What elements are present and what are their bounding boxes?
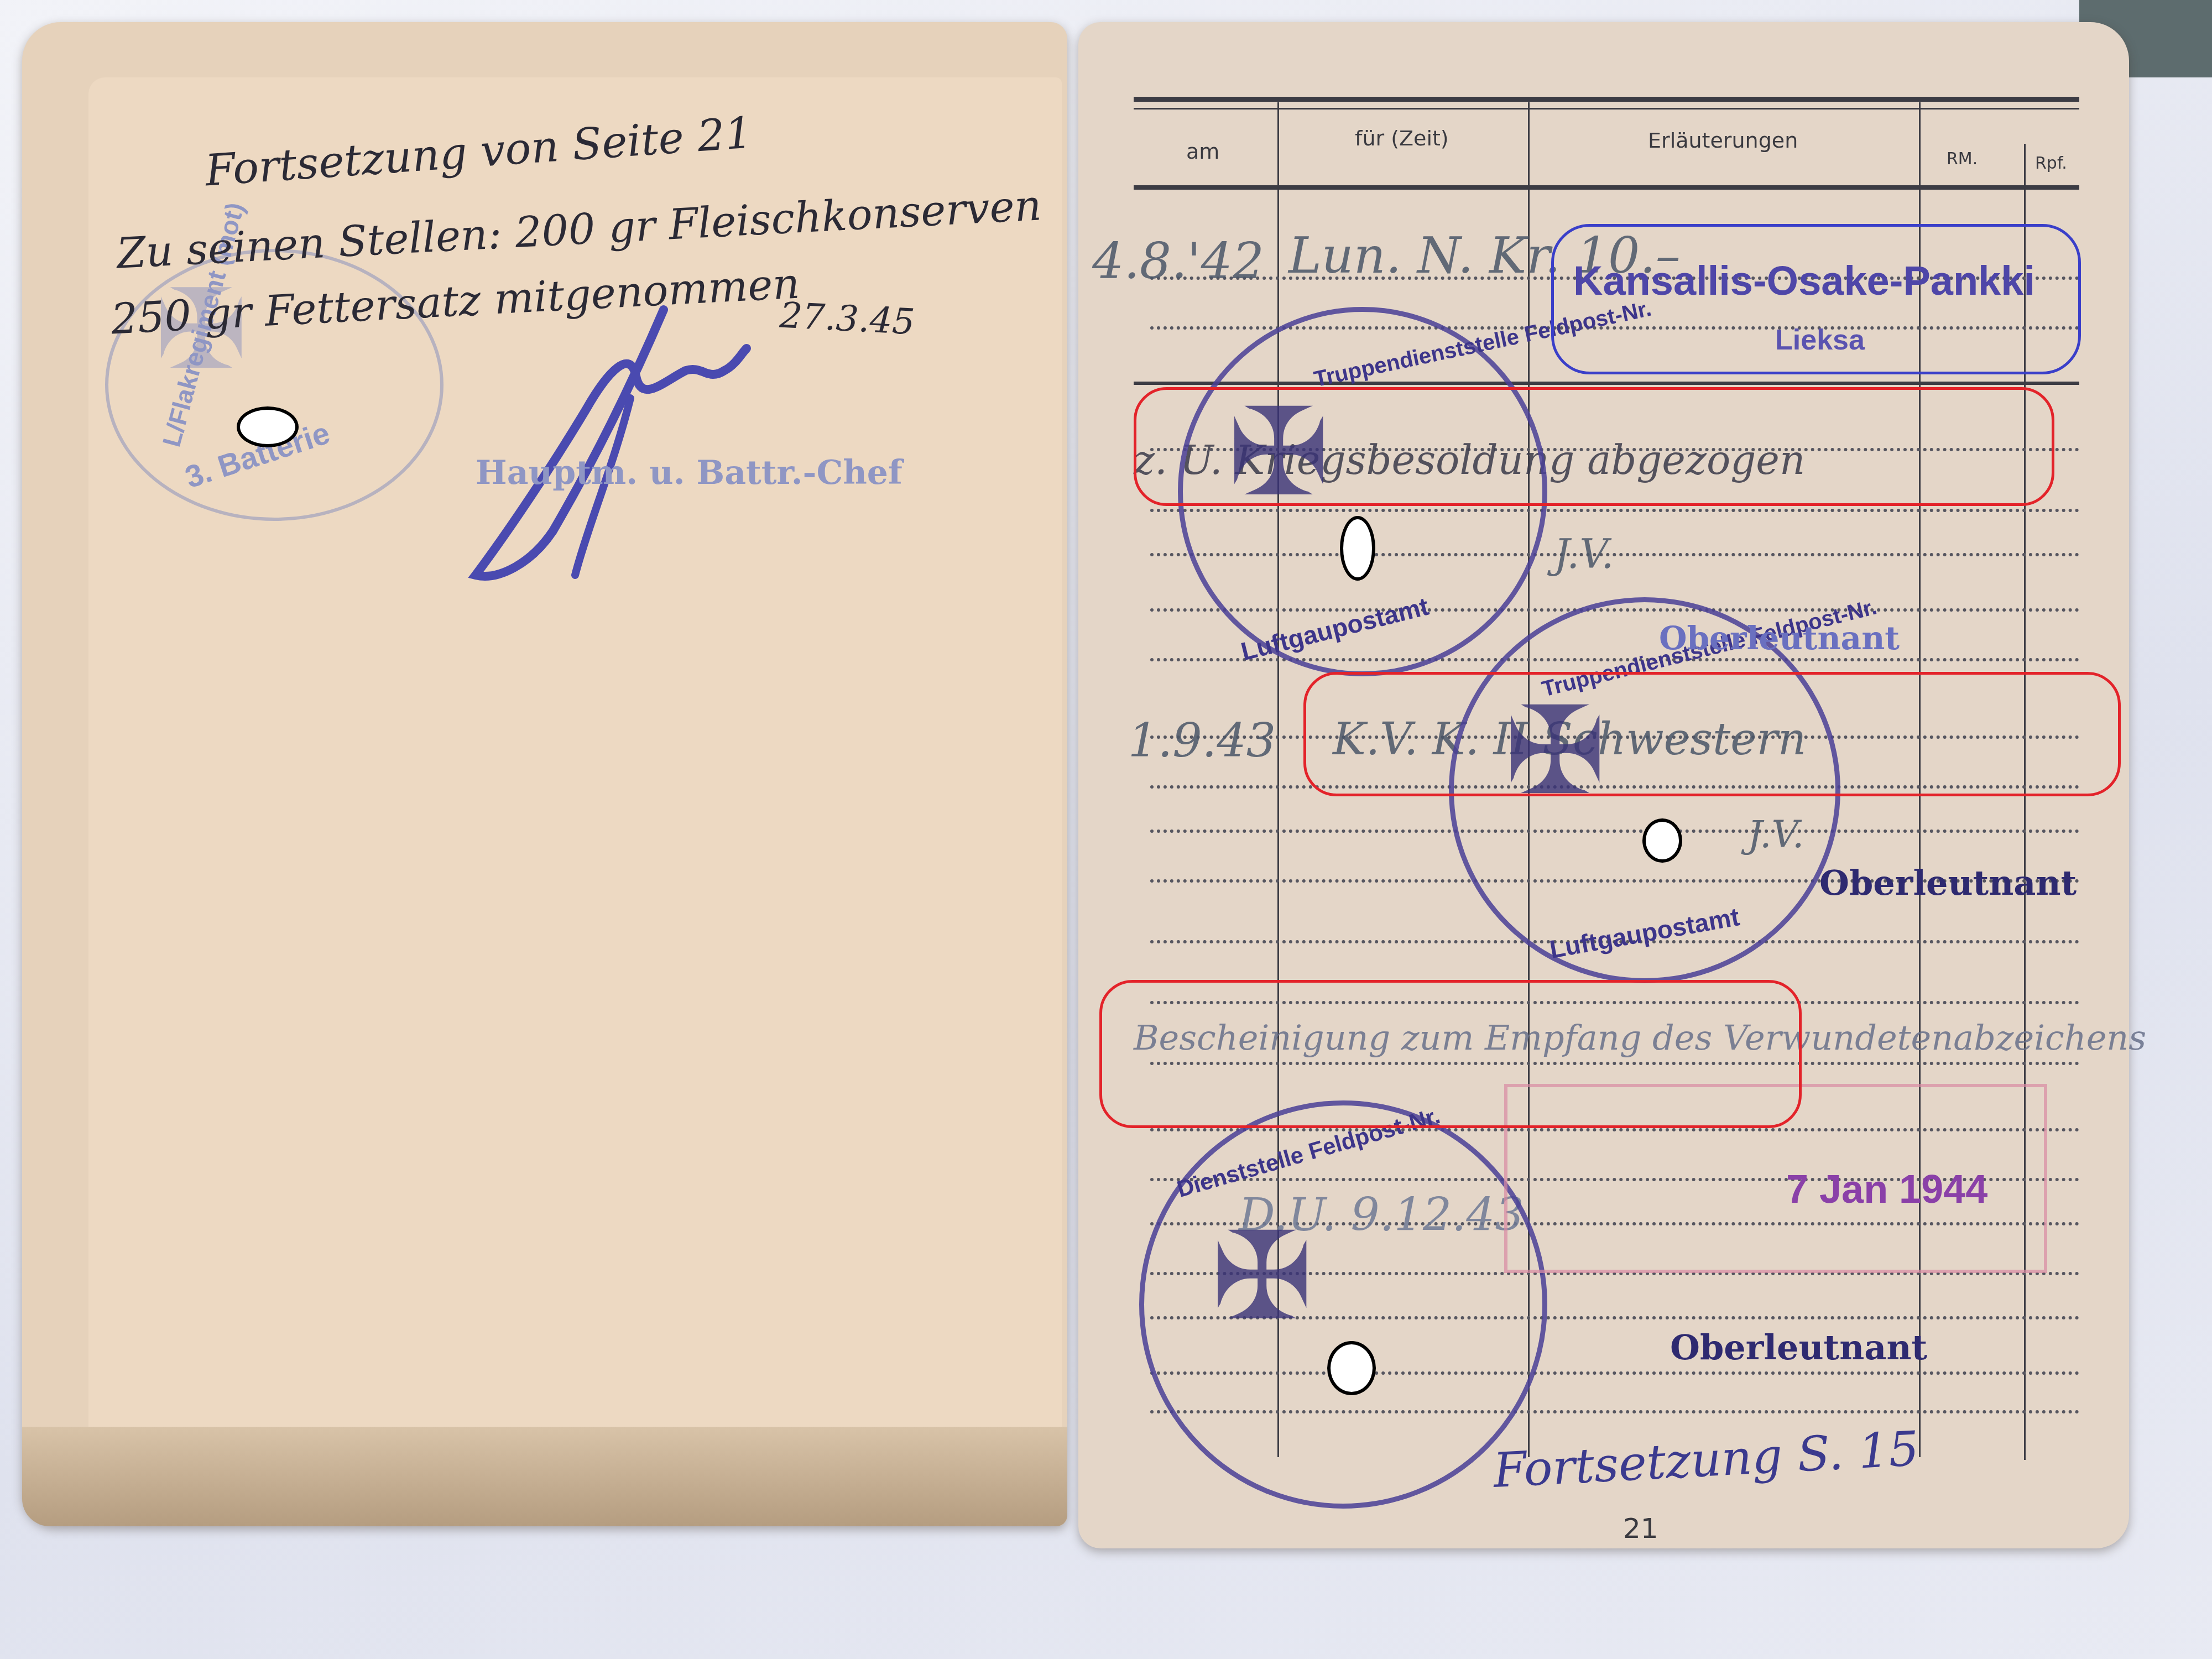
header-top-rule <box>1134 97 2079 102</box>
rank-stamp-left: Hauptm. u. Battr.-Chef <box>476 453 902 492</box>
red-date-stamp: 7 Jan 1944 <box>1786 1167 1987 1212</box>
dienststelle-round-stamp <box>1139 1100 1547 1509</box>
annotation-box-entry-4 <box>1303 672 2121 796</box>
header-top-rule-thin <box>1134 108 2079 109</box>
header-erlaeuterungen: Erläuterungen <box>1648 128 1798 153</box>
left-page-worn-edge <box>22 1427 1067 1526</box>
rank-stamp-3: Oberleutnant <box>1670 1327 1927 1368</box>
annotation-box-entry-2 <box>1134 387 2054 506</box>
rank-stamp-1: Oberleutnant <box>1659 619 1900 657</box>
annotation-box-entry-6 <box>1099 980 1802 1128</box>
redaction-mark <box>1340 516 1375 581</box>
redaction-mark <box>237 406 299 447</box>
header-am: am <box>1186 139 1219 164</box>
entry-date-1: 4.8.'42 <box>1092 232 1264 290</box>
header-rm: RM. <box>1947 149 1978 169</box>
page-number: 21 <box>1623 1512 1658 1545</box>
redaction-mark <box>1327 1341 1376 1395</box>
header-rpf: Rpf. <box>2035 154 2067 173</box>
header-fuer-zeit: für (Zeit) <box>1355 126 1449 150</box>
rank-stamp-2: Oberleutnant <box>1819 863 2077 903</box>
redaction-mark <box>1642 818 1682 863</box>
eagle-emblem-icon: ✠ <box>1211 1206 1313 1347</box>
header-bottom-rule <box>1134 185 2079 190</box>
annotation-box-bank-stamp <box>1551 224 2081 374</box>
entry-text-3: J.V. <box>1554 531 1614 577</box>
commander-signature-icon <box>465 299 774 586</box>
handwritten-date: 27.3.45 <box>779 295 916 343</box>
entry-date-4: 1.9.43 <box>1128 713 1276 768</box>
